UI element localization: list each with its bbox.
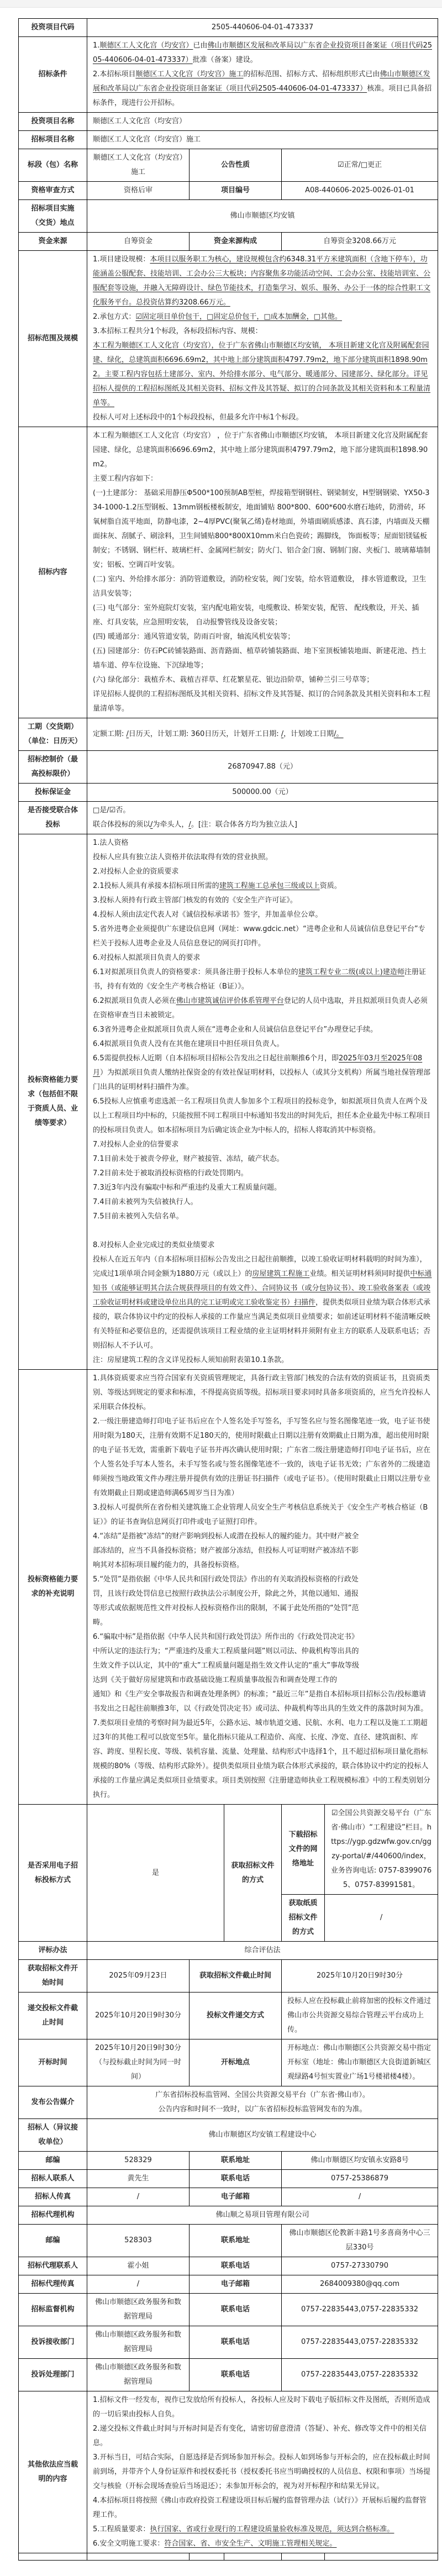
doc-obtain-method-label: 获取招标文件的方式 [224,1805,282,1942]
project-location-label: 招标项目实施（交货）地点 [19,200,87,233]
complaint-receiving-label: 投诉接收部门 [19,2326,87,2359]
agency-contact-value: 霍小姐 [87,2257,190,2275]
paper-doc-method-label: 获取纸质招标文件的方式 [282,1895,325,1942]
announcement-panel: 投资项目代码 2505-440606-04-01-473337 招标条件 1.顺… [0,8,442,2576]
bid-submission-deadline-label: 递交投标文件截止时间 [19,1993,87,2039]
bid-opening-place-label: 开标地点 [190,2039,282,2086]
tender-project-name-label: 招标项目名称 [19,131,87,149]
etender-label: 是否采用电子招标投标方式 [19,1805,87,1942]
footer-cell [19,2553,87,2561]
consortium-label: 是否接受联合体投标 [19,802,87,834]
project-number-value: A08-440606-2025-0026-01-01 [282,182,438,200]
row-supervision-agency: 招标监督机构 佛山市顺德区政务服务和数据管理局 联系电话 0757-228354… [19,2294,438,2326]
tender-scope-label: 招标范围及规模 [19,251,87,427]
complaint-handling-value: 佛山市顺德区政务服务和数据管理局 [87,2359,190,2391]
row-bid-opening: 开标时间 2025年10月20日9时30分（与投标截止时间为同一时间） 开标地点… [19,2039,438,2086]
footer-cell [282,2553,325,2561]
row-tender-scope: 招标范围及规模 1.项目建设规模：本项目以服务职工为核心，建设规模包含约6348… [19,251,438,427]
duration-label: 工期（交货期）（单位：日历天） [19,718,87,751]
tenderer-value: 佛山市顺德区均安镇工程建设中心 [87,2119,438,2152]
footer-cell [224,2553,282,2561]
agency-phone-value: 0757-27330790 [282,2257,438,2275]
tenderer-contact-value: 黄先生 [87,2170,190,2188]
qualification-review-label: 资格审查方式 [19,182,87,200]
row-bidder-qualification: 投标资格能力要求（包括但不限于资质人员、业绩等要求） 1.法人资格投标人应具有独… [19,834,438,1370]
row-table-footer [19,2553,438,2561]
complaint-receiving-value: 佛山市顺德区政务服务和数据管理局 [87,2326,190,2359]
supervision-phone-label: 联系电话 [190,2294,282,2326]
row-section-name: 标段（包）名称 顺德区工人文化宫（均安宫）施工 公告性质 ☑正常/□更正 [19,149,438,182]
qualification-review-value: 资格后审 [87,182,190,200]
agency-fax-value: / [87,2275,190,2294]
row-other-contents: 其他依法应当载明的内容 1.招标文件一经发布，视作已发放给所有投标人，各投标人应… [19,2391,438,2553]
project-location-value: 佛山市顺德区均安镇 [87,200,438,233]
bidder-qualification-value: 1.法人资格投标人应具有独立法人资格并依法取得有效的营业执照。2.对投标人企业的… [87,834,438,1370]
tender-content-label: 招标内容 [19,427,87,718]
complaint-handling-phone-label: 联系电话 [190,2359,282,2391]
tenderer-label: 招标人（异议接收单位） [19,2119,87,2152]
footer-cell [87,2553,190,2561]
row-qualification-supplement: 投标资格能力要求的补充说明 1.具体资质要求应当符合国家有关资质管理规定，具备行… [19,1370,438,1805]
tenderer-address-label: 联系地址 [190,2152,282,2170]
page-top-strip [0,0,442,8]
etender-value: 是 [87,1805,224,1942]
tender-announcement-table: 投资项目代码 2505-440606-04-01-473337 招标条件 1.顺… [18,18,438,2561]
row-agency: 招标代理机构 佛山顺之易项目管理有限公司 [19,2206,438,2225]
tender-conditions-label: 招标条件 [19,37,87,113]
complaint-receiving-phone-label: 联系电话 [190,2326,282,2359]
qualification-supplement-value: 1.具体资质要求应当符合国家有关资质管理规定，具备行政主管部门核发的合法有效的资… [87,1370,438,1805]
fund-composition-label: 资金来源构成 [190,233,282,251]
row-qualification-review: 资格审查方式 资格后审 项目编号 A08-440606-2025-0026-01… [19,182,438,200]
agency-phone-label: 联系电话 [190,2257,282,2275]
supervision-agency-label: 招标监督机构 [19,2294,87,2326]
investment-project-code-label: 投资项目代码 [19,19,87,37]
paper-doc-method-value: / [325,1895,438,1942]
complaint-handling-label: 投诉处理部门 [19,2359,87,2391]
other-contents-label: 其他依法应当载明的内容 [19,2391,87,2553]
agency-contact-label: 招标代理联系人 [19,2257,87,2275]
agency-email-value: 2684009380@qq.com [282,2275,438,2294]
section-name-value: 顺德区工人文化宫（均安宫）施工 [87,149,190,182]
row-doc-obtain-time: 获取招标文件开始时间 2025年09月23日 获取招标文件截止时间 2025年1… [19,1960,438,1993]
row-project-location: 招标项目实施（交货）地点 佛山市顺德区均安镇 [19,200,438,233]
row-investment-project-name: 投资项目名称 顺德区工人文化宫（均安宫） [19,113,438,131]
footer-cell [190,2553,224,2561]
tenderer-postcode-label: 邮编 [19,2152,87,2170]
bid-deposit-label: 投标保证金 [19,784,87,802]
complaint-handling-phone-value: 0757-22835443,0757-22835332 [282,2359,438,2391]
row-agency-contact: 招标代理联系人 霍小姐 联系电话 0757-27330790 [19,2257,438,2275]
row-tenderer-fax: 招标人传真 / 电子邮箱 / [19,2188,438,2206]
row-evaluation-method: 评标办法 综合评估法 [19,1942,438,1960]
duration-value: 定额工期: /日历天，计划工期: 360日历天，计划开工日期: /，计划竣工日期… [87,718,438,751]
agency-value: 佛山顺之易项目管理有限公司 [87,2206,438,2225]
section-name-label: 标段（包）名称 [19,149,87,182]
fund-composition-value: 自筹资金3208.66万元 [282,233,438,251]
doc-obtain-deadline-label: 获取招标文件截止时间 [190,1960,282,1993]
bid-opening-time-label: 开标时间 [19,2039,87,2086]
investment-project-code-value: 2505-440606-04-01-473337 [87,19,438,37]
agency-fax-label: 招标代理传真 [19,2275,87,2294]
tender-conditions-value: 1.顺德区工人文化宫（均安宫）已由佛山市顺德区发展和改革局以广东省企业投资项目备… [87,37,438,113]
row-etender: 是否采用电子招标投标方式 是 获取招标文件的方式 下载招标文件的网络地址 ☑全国… [19,1805,438,1895]
row-tenderer-contact: 招标人联系人 黄先生 联系电话 0757-25386879 [19,2170,438,2188]
row-fund-source: 资金来源 自筹资金 资金来源构成 自筹资金3208.66万元 [19,233,438,251]
other-contents-value: 1.招标文件一经发布，视作已发放给所有投标人，各投标人应及时下载电子版招标文件及… [87,2391,438,2553]
row-agency-postcode: 邮编 528303 联系地址 佛山市顺德区伦教新丰路1号多喜商务中心三层330号 [19,2225,438,2257]
price-ceiling-label: 招标控制价（最高投标限价） [19,751,87,784]
doc-download-url-label: 下载招标文件的网络地址 [282,1805,325,1895]
evaluation-method-value: 综合评估法 [87,1942,438,1960]
price-ceiling-value: 26870947.88（元） [87,751,438,784]
tenderer-phone-label: 联系电话 [190,2170,282,2188]
bid-submission-method-label: 投标文件递交方式 [190,1993,282,2039]
fund-source-value: 自筹资金 [87,233,190,251]
announcement-media-label: 发布公告媒介 [19,2086,87,2119]
complaint-receiving-phone-value: 0757-22835443,0757-22835332 [282,2326,438,2359]
tenderer-fax-value: / [87,2188,190,2206]
tenderer-fax-label: 招标人传真 [19,2188,87,2206]
consortium-value: □是/☑否。联合体投标的须以/为牵头人，/。[注：联合体各方均为独立法人] [87,802,438,834]
row-tenderer-postcode: 邮编 528329 联系地址 佛山市顺德区均安镇永安路8号 [19,2152,438,2170]
agency-address-value: 佛山市顺德区伦教新丰路1号多喜商务中心三层330号 [282,2225,438,2257]
evaluation-method-label: 评标办法 [19,1942,87,1960]
doc-obtain-start-value: 2025年09月23日 [87,1960,190,1993]
tender-scope-value: 1.项目建设规模：本项目以服务职工为核心，建设规模包含约6348.31平方米建筑… [87,251,438,427]
tender-content-value: 本工程为顺德区工人文化宫（均安宫） ，位于广东省佛山市顺德区均安镇， 本项目新建… [87,427,438,718]
row-agency-fax: 招标代理传真 / 电子邮箱 2684009380@qq.com [19,2275,438,2294]
row-tender-conditions: 招标条件 1.顺德区工人文化宫（均安宫）已由佛山市顺德区发展和改革局以广东省企业… [19,37,438,113]
bid-deposit-value: 500000.00（元） [87,784,438,802]
agency-address-label: 联系地址 [190,2225,282,2257]
doc-download-url-value: ☑全国公共资源交易平台（广东省·佛山市）“工程建设”栏目。https://ygp… [325,1805,438,1895]
agency-label: 招标代理机构 [19,2206,87,2225]
bidder-qualification-label: 投标资格能力要求（包括但不限于资质人员、业绩等要求） [19,834,87,1370]
tenderer-address-value: 佛山市顺德区均安镇永安路8号 [282,2152,438,2170]
fund-source-label: 资金来源 [19,233,87,251]
agency-postcode-value: 528303 [87,2225,190,2257]
doc-obtain-deadline-value: 2025年10月20日9时30分 [282,1960,438,1993]
row-tender-project-name: 招标项目名称 顺德区工人文化宫（均安宫）施工 [19,131,438,149]
row-announcement-media: 发布公告媒介 广东省招标投标监管网、全国公共资源交易平台（广东省·佛山市）。公告… [19,2086,438,2119]
row-bid-deposit: 投标保证金 500000.00（元） [19,784,438,802]
bid-opening-place-value: 开标地点：佛山市顺德区公共资源交易中指定开标室（地址：佛山市顺德区大良街道新城区… [282,2039,438,2086]
bid-opening-time-value: 2025年10月20日9时30分（与投标截止时间为同一时间） [87,2039,190,2086]
project-number-label: 项目编号 [190,182,282,200]
notice-nature-label: 公告性质 [190,149,282,182]
row-consortium: 是否接受联合体投标 □是/☑否。联合体投标的须以/为牵头人，/。[注：联合体各方… [19,802,438,834]
row-bid-submission: 递交投标文件截止时间 2025年10月20日9时30分 投标文件递交方式 投标人… [19,1993,438,2039]
tenderer-email-value: / [282,2188,438,2206]
announcement-media-value: 广东省招标投标监管网、全国公共资源交易平台（广东省·佛山市）。公告内容和时间不一… [87,2086,438,2119]
footer-cell [325,2553,438,2561]
investment-project-name-value: 顺德区工人文化宫（均安宫） [87,113,438,131]
supervision-phone-value: 0757-22835443,0757-22835332 [282,2294,438,2326]
doc-obtain-start-label: 获取招标文件开始时间 [19,1960,87,1993]
agency-postcode-label: 邮编 [19,2225,87,2257]
bid-submission-method-value: 投标人应在投标截止前将加密的投标文件通过佛山市公共资源交易综合管理云平台成功上传… [282,1993,438,2039]
agency-email-label: 电子邮箱 [190,2275,282,2294]
tenderer-postcode-value: 528329 [87,2152,190,2170]
investment-project-name-label: 投资项目名称 [19,113,87,131]
row-price-ceiling: 招标控制价（最高投标限价） 26870947.88（元） [19,751,438,784]
tenderer-contact-label: 招标人联系人 [19,2170,87,2188]
bid-submission-deadline-value: 2025年10月20日9时30分 [87,1993,190,2039]
row-duration: 工期（交货期）（单位：日历天） 定额工期: /日历天，计划工期: 360日历天，… [19,718,438,751]
qualification-supplement-label: 投标资格能力要求的补充说明 [19,1370,87,1805]
tenderer-email-label: 电子邮箱 [190,2188,282,2206]
tender-project-name-value: 顺德区工人文化宫（均安宫）施工 [87,131,438,149]
row-complaint-receiving: 投诉接收部门 佛山市顺德区政务服务和数据管理局 联系电话 0757-228354… [19,2326,438,2359]
row-tender-content: 招标内容 本工程为顺德区工人文化宫（均安宫） ，位于广东省佛山市顺德区均安镇， … [19,427,438,718]
row-complaint-handling: 投诉处理部门 佛山市顺德区政务服务和数据管理局 联系电话 0757-228354… [19,2359,438,2391]
row-tenderer: 招标人（异议接收单位） 佛山市顺德区均安镇工程建设中心 [19,2119,438,2152]
supervision-agency-value: 佛山市顺德区政务服务和数据管理局 [87,2294,190,2326]
row-investment-project-code: 投资项目代码 2505-440606-04-01-473337 [19,19,438,37]
tenderer-phone-value: 0757-25386879 [282,2170,438,2188]
notice-nature-value: ☑正常/□更正 [282,149,438,182]
